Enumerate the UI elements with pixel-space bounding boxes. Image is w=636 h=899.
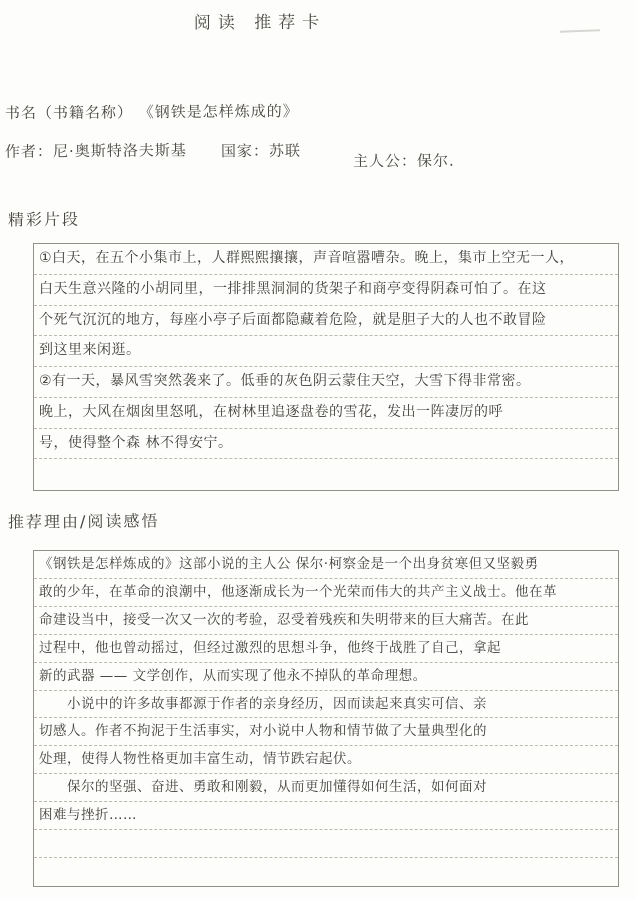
handwritten-line: 《钢铁是怎样炼成的》这部小说的主人公 保尔·柯察金是一个出身贫寒但又坚毅勇: [34, 551, 618, 579]
handwritten-line: 困难与挫折……: [34, 802, 618, 830]
handwritten-line: 过程中，他也曾动摇过，但经过激烈的思想斗争，他终于战胜了自己，拿起: [34, 635, 618, 663]
recommendation-card-page: 阅读 推荐卡 书名（书籍名称） 《钢铁是怎样炼成的》 作者：尼·奥斯特洛夫斯基 …: [0, 0, 636, 899]
handwritten-line: 新的武器 —— 文学创作，从而实现了他永不掉队的革命理想。: [34, 663, 618, 691]
handwritten-line-empty: [34, 858, 618, 886]
author-line: 作者：尼·奥斯特洛夫斯基 国家：苏联 主人公：保尔.: [5, 140, 625, 161]
handwritten-line: 到这里来闲逛。: [34, 336, 618, 367]
handwritten-line: 个死气沉沉的地方，每座小亭子后面都隐藏着危险，就是胆子大的人也不敢冒险: [34, 306, 618, 337]
handwritten-line: 处理，使得人物性格更加丰富生动，情节跌宕起伏。: [34, 746, 618, 774]
country-field: 国家：苏联: [221, 140, 301, 162]
book-name-line: 书名（书籍名称） 《钢铁是怎样炼成的》: [5, 98, 625, 123]
scan-artifact: [560, 29, 600, 32]
handwritten-line: 命建设当中，接受一次又一次的考验，忍受着残疾和失明带来的巨大痛苦。在此: [34, 607, 618, 635]
handwritten-line: 保尔的坚强、奋进、勇敢和刚毅，从而更加懂得如何生活，如何面对: [34, 774, 618, 802]
book-info: 书名（书籍名称） 《钢铁是怎样炼成的》 作者：尼·奥斯特洛夫斯基 国家：苏联 主…: [5, 100, 625, 121]
handwritten-line: 晚上，大风在烟囱里怒吼，在树林里追逐盘卷的雪花，发出一阵凄厉的呼: [34, 398, 618, 429]
handwritten-line: 切感人。作者不拘泥于生活事实，对小说中人物和情节做了大量典型化的: [34, 718, 618, 746]
handwritten-line: 小说中的许多故事都源于作者的亲身经历，因而读起来真实可信、亲: [34, 691, 618, 719]
handwritten-line: ①白天，在五个小集市上，人群熙熙攘攘，声音喧嚣嘈杂。晚上，集市上空无一人，: [34, 244, 618, 275]
review-section-heading: 推荐理由/阅读感悟: [8, 508, 160, 532]
handwritten-line-empty: [34, 830, 618, 858]
author-field: 作者：尼·奥斯特洛夫斯基: [5, 139, 187, 162]
review-box: 《钢铁是怎样炼成的》这部小说的主人公 保尔·柯察金是一个出身贫寒但又坚毅勇 敢的…: [33, 550, 619, 887]
handwritten-line: 白天生意兴隆的小胡同里，一排排黑洞洞的货架子和商亭变得阴森可怕了。在这: [34, 275, 618, 306]
excerpt-section-heading: 精彩片段: [8, 207, 80, 231]
handwritten-line: 敢的少年，在革命的浪潮中，他逐渐成长为一个光荣而伟大的共产主义战士。他在革: [34, 579, 618, 607]
handwritten-line: ②有一天，暴风雪突然袭来了。低垂的灰色阴云蒙住天空，大雪下得非常密。: [34, 367, 618, 398]
protagonist-field: 主人公：保尔.: [353, 150, 455, 172]
handwritten-line: 号，使得整个森 林不得安宁。: [34, 429, 618, 460]
excerpt-box: ①白天，在五个小集市上，人群熙熙攘攘，声音喧嚣嘈杂。晚上，集市上空无一人， 白天…: [33, 243, 619, 491]
page-title: 阅读 推荐卡: [0, 7, 520, 35]
handwritten-line-empty: [34, 459, 618, 490]
